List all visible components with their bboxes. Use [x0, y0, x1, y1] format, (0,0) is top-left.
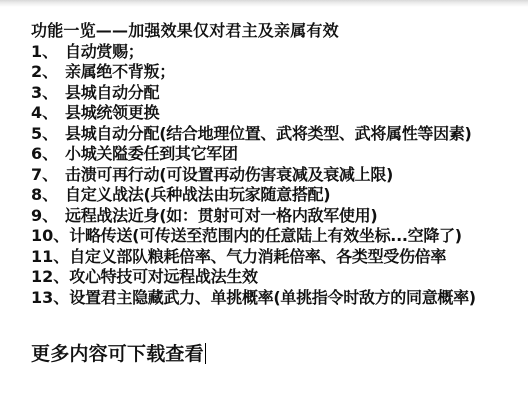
item-number: 6、 — [31, 144, 65, 165]
item-text: 小城关隘委任到其它军团 — [65, 144, 238, 165]
item-number: 4、 — [31, 103, 65, 124]
list-item: 3、县城自动分配 — [31, 83, 511, 104]
item-text: 远程战法近身(如：贯射可对一格内敌军使用) — [65, 206, 377, 227]
item-text: 自定义战法(兵种战法由玩家随意搭配) — [65, 185, 330, 206]
item-number: 1、 — [31, 42, 65, 63]
list-item: 8、自定义战法(兵种战法由玩家随意搭配) — [31, 185, 511, 206]
list-item: 5、县城自动分配(结合地理位置、武将类型、武将属性等因素) — [31, 124, 511, 145]
item-text: 设置君主隐藏武力、单挑概率(单挑指令时敌方的同意概率) — [69, 288, 476, 309]
item-text: 自动赏赐； — [65, 42, 144, 63]
list-item: 2、亲属绝不背叛； — [31, 62, 511, 83]
text-cursor — [205, 343, 206, 364]
list-item: 7、击溃可再行动(可设置再动伤害衰减及衰减上限) — [31, 165, 511, 186]
item-number: 2、 — [31, 62, 65, 83]
item-number: 11、 — [31, 247, 69, 268]
item-number: 7、 — [31, 165, 65, 186]
list-item: 10、计略传送(可传送至范围内的任意陆上有效坐标...空降了) — [31, 226, 511, 247]
download-note-text: 更多内容可下载查看 — [31, 343, 204, 365]
item-text: 攻心特技可对远程战法生效 — [69, 267, 257, 288]
item-number: 13、 — [31, 288, 69, 309]
item-number: 8、 — [31, 185, 65, 206]
top-shadow — [0, 0, 528, 7]
document-title: 功能一览——加强效果仅对君主及亲属有效 — [31, 21, 511, 42]
item-number: 12、 — [31, 267, 69, 288]
item-text: 亲属绝不背叛； — [65, 62, 175, 83]
item-number: 5、 — [31, 124, 65, 145]
list-item: 12、攻心特技可对远程战法生效 — [31, 267, 511, 288]
item-text: 县城自动分配 — [65, 83, 159, 104]
list-item: 11、自定义部队粮耗倍率、气力消耗倍率、各类型受伤倍率 — [31, 247, 511, 268]
download-note: 更多内容可下载查看 — [31, 342, 206, 366]
feature-list: 1、自动赏赐； 2、亲属绝不背叛； 3、县城自动分配 4、县城统领更换 5、县城… — [31, 42, 511, 309]
document-body[interactable]: 功能一览——加强效果仅对君主及亲属有效 1、自动赏赐； 2、亲属绝不背叛； 3、… — [31, 21, 511, 308]
list-item: 6、小城关隘委任到其它军团 — [31, 144, 511, 165]
item-text: 计略传送(可传送至范围内的任意陆上有效坐标...空降了) — [69, 226, 461, 247]
item-text: 自定义部队粮耗倍率、气力消耗倍率、各类型受伤倍率 — [69, 247, 446, 268]
list-item: 4、县城统领更换 — [31, 103, 511, 124]
item-text: 县城统领更换 — [65, 103, 159, 124]
item-number: 9、 — [31, 206, 65, 227]
item-number: 3、 — [31, 83, 65, 104]
item-number: 10、 — [31, 226, 69, 247]
list-item: 13、设置君主隐藏武力、单挑概率(单挑指令时敌方的同意概率) — [31, 288, 511, 309]
list-item: 1、自动赏赐； — [31, 42, 511, 63]
item-text: 击溃可再行动(可设置再动伤害衰减及衰减上限) — [65, 165, 393, 186]
list-item: 9、远程战法近身(如：贯射可对一格内敌军使用) — [31, 206, 511, 227]
item-text: 县城自动分配(结合地理位置、武将类型、武将属性等因素) — [65, 124, 472, 145]
